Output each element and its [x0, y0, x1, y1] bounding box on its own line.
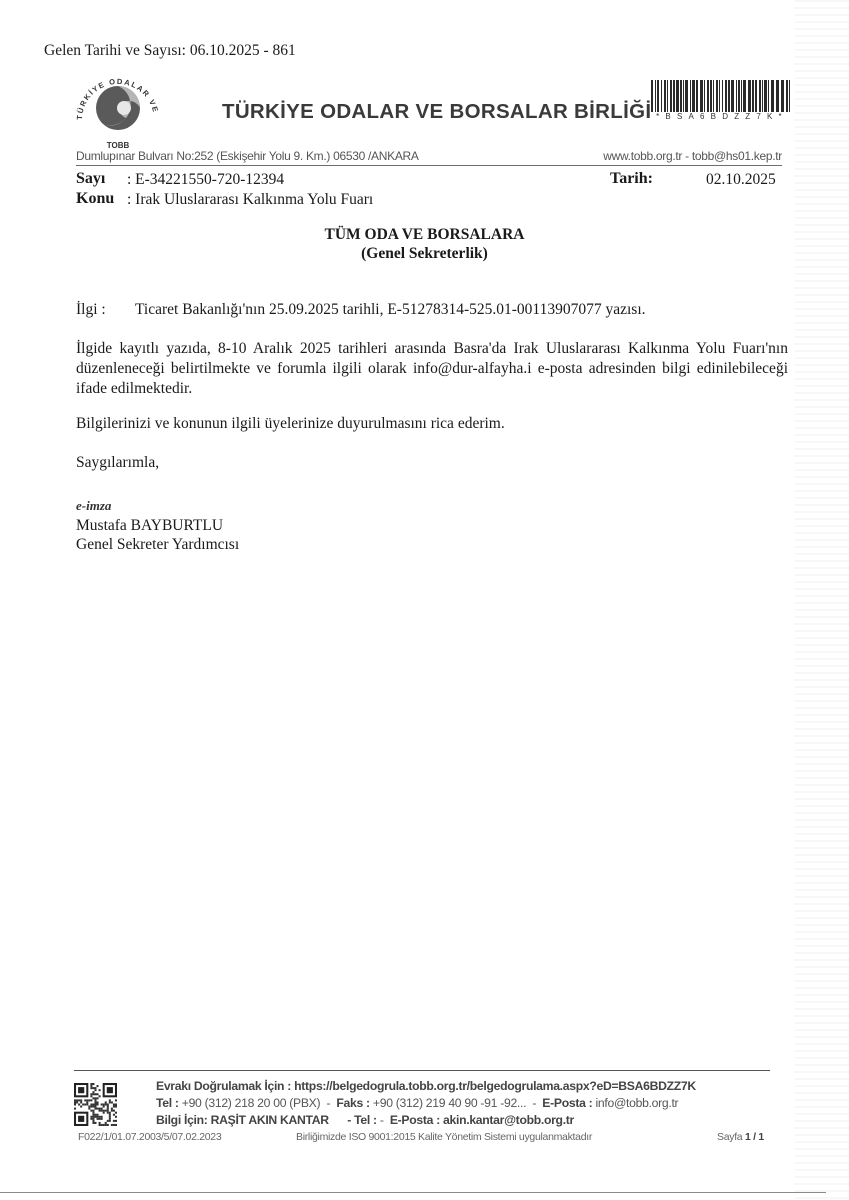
barcode-text: *BSA6BDZZ7K* — [651, 112, 793, 121]
signer-name: Mustafa BAYBURTLU — [76, 516, 239, 535]
address: Dumlupınar Bulvarı No:252 (Eskişehir Yol… — [76, 149, 419, 163]
form-code: F022/1/01.07.2003/5/07.02.2023 — [78, 1131, 221, 1143]
closing: Saygılarımla, — [76, 454, 159, 472]
addressee-block: TÜM ODA VE BORSALARA (Genel Sekreterlik) — [0, 225, 849, 263]
scan-noise-strip — [795, 0, 849, 1200]
tobb-logo-icon: TÜRKİYE ODALAR VE BORSALAR BİRLİĞİ TOBB — [64, 62, 170, 154]
signer-title: Genel Sekreter Yardımcısı — [76, 535, 239, 554]
phone-line: Tel : +90 (312) 218 20 00 (PBX) - Faks :… — [156, 1095, 696, 1112]
contact-links[interactable]: www.tobb.org.tr - tobb@hs01.kep.tr — [603, 149, 782, 163]
tarih-value: 02.10.2025 — [706, 171, 776, 189]
incoming-stamp: Gelen Tarihi ve Sayısı: 06.10.2025 - 861 — [44, 42, 296, 60]
organization-title: TÜRKİYE ODALAR VE BORSALAR BİRLİĞİ — [222, 100, 651, 124]
ilgi-label: İlgi : — [76, 301, 106, 319]
info-line: Bilgi İçin: RAŞİT AKIN KANTAR - Tel : - … — [156, 1112, 696, 1129]
footer-contact-block: Evrakı Doğrulamak İçin : https://belgedo… — [156, 1078, 696, 1129]
sayi-label: Sayı — [76, 170, 105, 188]
info-email[interactable]: akin.kantar@tobb.org.tr — [443, 1113, 574, 1127]
footer-divider — [74, 1070, 770, 1071]
konu-value: : Irak Uluslararası Kalkınma Yolu Fuarı — [127, 191, 373, 209]
scan-bottom-edge — [0, 1192, 826, 1193]
footer-email[interactable]: info@tobb.org.tr — [596, 1096, 679, 1110]
verify-line: Evrakı Doğrulamak İçin : https://belgedo… — [156, 1078, 696, 1095]
body-paragraph-1: İlgide kayıtlı yazıda, 8-10 Aralık 2025 … — [76, 339, 788, 399]
konu-label: Konu — [76, 190, 114, 208]
addressee-line2: (Genel Sekreterlik) — [0, 244, 849, 263]
qr-code-icon[interactable] — [74, 1083, 117, 1126]
letterhead-address-row: Dumlupınar Bulvarı No:252 (Eskişehir Yol… — [76, 148, 782, 166]
e-signature-mark: e-imza — [76, 498, 111, 514]
signer-block: Mustafa BAYBURTLU Genel Sekreter Yardımc… — [76, 516, 239, 554]
verify-url[interactable]: https://belgedogrula.tobb.org.tr/belgedo… — [294, 1079, 696, 1093]
barcode-icon: *BSA6BDZZ7K* — [651, 80, 793, 122]
tarih-label: Tarih: — [610, 170, 653, 188]
sayi-value: : E-34221550-720-12394 — [127, 171, 284, 189]
barcode-bars — [651, 80, 793, 112]
ilgi-value: Ticaret Bakanlığı'nın 25.09.2025 tarihli… — [135, 301, 646, 319]
page-number: Sayfa 1 / 1 — [717, 1131, 764, 1143]
iso-statement: Birliğimizde ISO 9001:2015 Kalite Yöneti… — [296, 1131, 592, 1143]
body-paragraph-2: Bilgilerinizi ve konunun ilgili üyelerin… — [76, 415, 505, 433]
addressee-line1: TÜM ODA VE BORSALARA — [0, 225, 849, 244]
